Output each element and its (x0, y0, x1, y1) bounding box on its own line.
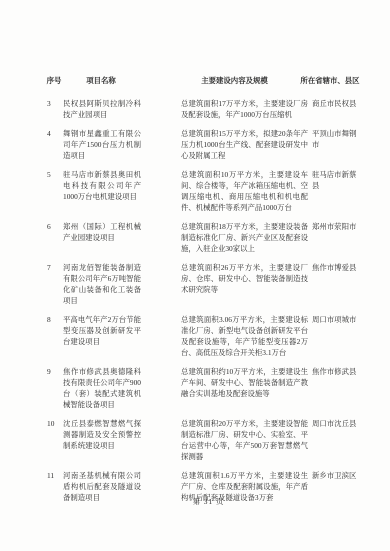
project-name: 民权县阿斯贝拉制冷科技产业园项目 (63, 98, 141, 120)
project-content: 总建筑面积26万平方米，主要建设厂房、仓库、研发中心、智能装备制造技术研究院等 (181, 262, 308, 295)
table-row: 5 驻马店市新蔡县奥田机电科技有限公司年产1000万台电机建设项目 总建筑面积1… (46, 169, 371, 213)
table-row: 3 民权县阿斯贝拉制冷科技产业园项目 总建筑面积17万平方米，主要建设厂房及配套… (46, 98, 371, 120)
table-row: 7 河南龙佰智能装备制造有限公司年产6万吨智能化矿山装备和化工装备项目 总建筑面… (46, 262, 371, 306)
project-name: 舞钢市星鑫重工有限公司年产1500台压力机制造项目 (63, 128, 141, 161)
table-row: 6 郑州（国际）工程机械产业园建设项目 总建筑面积18万平方米，主要建设装备制造… (46, 221, 371, 254)
project-number: 6 (46, 221, 63, 232)
project-number: 4 (46, 128, 63, 139)
col-header-number: 序号 (46, 75, 62, 86)
table-row: 9 焦作市修武县奥德隆科技有限责任公司年产900台（套）装配式建筑机械智能设备项… (46, 366, 371, 410)
project-number: 3 (46, 98, 63, 109)
project-number: 9 (46, 366, 63, 377)
project-content: 总建筑面积3.06万平方米，主要建设标准化厂房、新型电气设备创新研发平台及配套设… (181, 314, 308, 358)
document-page: 序号 项目名称 主要建设内容及规模 所在省辖市、县区 3 民权县阿斯贝拉制冷科技… (0, 0, 390, 551)
project-content: 总建筑面积15万平方米，拟建20条年产压力机1000台生产线、配套建设研发中心及… (181, 128, 308, 161)
table-row: 10 沈丘县泰燃智慧燃气探测器制造及安全预警控制系统建设项目 总建筑面积20万平… (46, 418, 371, 462)
table-header-row: 序号 项目名称 主要建设内容及规模 所在省辖市、县区 (46, 75, 371, 86)
project-location: 周口市项城市 (312, 314, 362, 325)
project-content: 总建筑面积约10万平方米，主要建设生产车间、研发中心、智能装备制造产教融合实训基… (181, 366, 308, 399)
project-location: 商丘市民权县 (312, 98, 362, 109)
project-content: 总建筑面积17万平方米，主要建设厂房及配套设施，年产1000万台压缩机 (181, 98, 308, 120)
project-location: 焦作市博爱县 (312, 262, 362, 273)
project-location: 驻马店市新蔡县 (312, 169, 362, 191)
page-number: 第 31 页 (46, 496, 371, 507)
col-header-location: 所在省辖市、县区 (299, 75, 361, 86)
project-content: 总建筑面积20万平方米，主要建设智能制造标准厂房、研发中心、实验室、平台运营中心… (181, 418, 308, 462)
col-header-project-name: 项目名称 (62, 75, 140, 86)
project-name: 郑州（国际）工程机械产业园建设项目 (63, 221, 141, 243)
project-name: 平高电气年产2万台节能型变压器及创新研发平台建设项目 (63, 314, 141, 347)
col-header-content-scale: 主要建设内容及规模 (180, 75, 307, 86)
project-name: 焦作市修武县奥德隆科技有限责任公司年产900台（套）装配式建筑机械智能设备项目 (63, 366, 141, 410)
project-content: 总建筑面积10万平方米，主要建设车间、综合楼等，年产冰箱压缩电机、空调压缩电机、… (181, 169, 308, 213)
project-number: 5 (46, 169, 63, 180)
project-number: 11 (46, 470, 63, 481)
project-number: 8 (46, 314, 63, 325)
project-content: 总建筑面积18万平方米，主要建设装备制造标准化厂房、新兴产业区及配套设施，入驻企… (181, 221, 308, 254)
project-location: 周口市沈丘县 (312, 418, 362, 429)
project-location: 郑州市荥阳市 (312, 221, 362, 232)
project-name: 沈丘县泰燃智慧燃气探测器制造及安全预警控制系统建设项目 (63, 418, 141, 451)
project-name: 驻马店市新蔡县奥田机电科技有限公司年产1000万台电机建设项目 (63, 169, 141, 202)
project-location: 新乡市卫滨区 (312, 470, 362, 481)
project-name: 河南龙佰智能装备制造有限公司年产6万吨智能化矿山装备和化工装备项目 (63, 262, 141, 306)
project-number: 7 (46, 262, 63, 273)
project-location: 平顶山市舞钢市 (312, 128, 362, 150)
project-number: 10 (46, 418, 63, 429)
table-row: 4 舞钢市星鑫重工有限公司年产1500台压力机制造项目 总建筑面积15万平方米，… (46, 128, 371, 161)
table-row: 8 平高电气年产2万台节能型变压器及创新研发平台建设项目 总建筑面积3.06万平… (46, 314, 371, 358)
project-location: 焦作市修武县 (312, 366, 362, 377)
